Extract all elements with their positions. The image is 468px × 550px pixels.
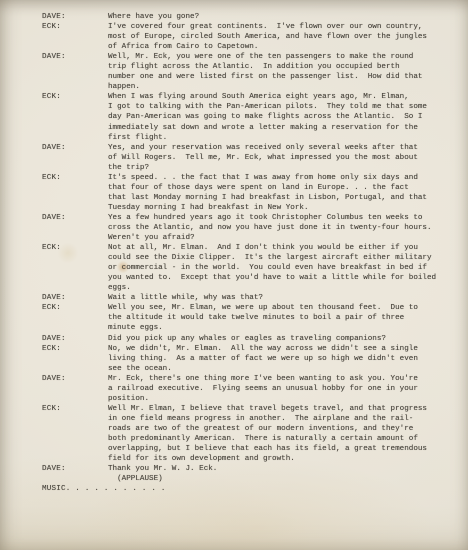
transcript-turn: ECK:Not at all, Mr. Elman. And I don't t… <box>42 243 454 293</box>
music-cue-line: MUSIC. . . . . . . . . . . <box>42 484 454 494</box>
speaker-label: ECK: <box>42 173 108 183</box>
dialogue-text: Yes, and your reservation was received o… <box>108 143 448 173</box>
transcript-body: DAVE:Where have you gone?ECK:I've covere… <box>42 12 454 494</box>
speaker-label: DAVE: <box>42 334 108 344</box>
dialogue-text: No, we didn't, Mr. Elman. All the way ac… <box>108 344 448 374</box>
speaker-label: DAVE: <box>42 213 108 223</box>
dialogue-text: Well Mr. Elman, I believe that travel be… <box>108 404 448 464</box>
speaker-label: ECK: <box>42 22 108 32</box>
transcript-turn: DAVE:Where have you gone? <box>42 12 454 22</box>
speaker-label: DAVE: <box>42 293 108 303</box>
transcript-turn: DAVE:Wait a little while, why was that? <box>42 293 454 303</box>
transcript-turn: ECK:It's speed. . . the fact that I was … <box>42 173 454 213</box>
dialogue-text: I've covered four great continents. I've… <box>108 22 448 52</box>
transcript-turn: ECK:I've covered four great continents. … <box>42 22 454 52</box>
speaker-label: ECK: <box>42 303 108 313</box>
dialogue-text: Well you see, Mr. Elman, we were up abou… <box>108 303 448 333</box>
dialogue-text: Where have you gone? <box>108 12 448 22</box>
speaker-label: ECK: <box>42 404 108 414</box>
speaker-label: DAVE: <box>42 374 108 384</box>
dialogue-text: Did you pick up any whales or eagles as … <box>108 334 448 344</box>
transcript-turn: DAVE:Well, Mr. Eck, you were one of the … <box>42 52 454 92</box>
transcript-turn: DAVE:Did you pick up any whales or eagle… <box>42 334 454 344</box>
dialogue-text: Mr. Eck, there's one thing more I've bee… <box>108 374 448 404</box>
dialogue-text: Thank you Mr. W. J. Eck. (APPLAUSE) <box>108 464 448 484</box>
transcript-turn: DAVE:Thank you Mr. W. J. Eck. (APPLAUSE) <box>42 464 454 484</box>
speaker-label: DAVE: <box>42 464 108 474</box>
speaker-label: DAVE: <box>42 12 108 22</box>
dialogue-text: Well, Mr. Eck, you were one of the ten p… <box>108 52 448 92</box>
transcript-turn: ECK:Well Mr. Elman, I believe that trave… <box>42 404 454 464</box>
aged-paper-page: DAVE:Where have you gone?ECK:I've covere… <box>0 0 468 550</box>
dialogue-text: Wait a little while, why was that? <box>108 293 448 303</box>
transcript-turn: ECK:Well you see, Mr. Elman, we were up … <box>42 303 454 333</box>
dialogue-text: It's speed. . . the fact that I was away… <box>108 173 448 213</box>
speaker-label: ECK: <box>42 344 108 354</box>
dialogue-text: Yes a few hundred years ago it took Chri… <box>108 213 448 243</box>
transcript-turn: ECK:No, we didn't, Mr. Elman. All the wa… <box>42 344 454 374</box>
speaker-label: ECK: <box>42 243 108 253</box>
dialogue-text: Not at all, Mr. Elman. And I don't think… <box>108 243 448 293</box>
dialogue-text: When I was flying around South America e… <box>108 92 448 142</box>
transcript-turn: DAVE:Yes, and your reservation was recei… <box>42 143 454 173</box>
speaker-label: DAVE: <box>42 52 108 62</box>
transcript-turn: DAVE:Yes a few hundred years ago it took… <box>42 213 454 243</box>
speaker-label: DAVE: <box>42 143 108 153</box>
transcript-turn: DAVE:Mr. Eck, there's one thing more I'v… <box>42 374 454 404</box>
transcript-turn: ECK:When I was flying around South Ameri… <box>42 92 454 142</box>
transcript-turns: DAVE:Where have you gone?ECK:I've covere… <box>42 12 454 484</box>
speaker-label: ECK: <box>42 92 108 102</box>
